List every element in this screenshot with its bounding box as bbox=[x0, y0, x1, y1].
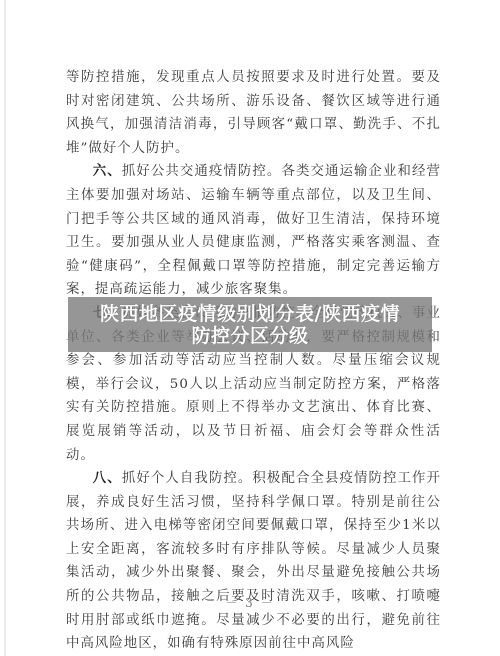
document-page: 等防控措施，发现重点人员按照要求及时进行处置。要及时对密闭建筑、公共场所、游乐设… bbox=[0, 0, 500, 656]
document-body: 等防控措施，发现重点人员按照要求及时进行处置。要及时对密闭建筑、公共场所、游乐设… bbox=[66, 66, 441, 656]
page-edge-divider bbox=[4, 0, 6, 656]
title-overlay-banner: 陕西地区疫情级别划分表/陕西疫情 防控分区分级 bbox=[68, 297, 432, 352]
paragraph-section-8: 八、抓好个人自我防控。积极配合全县疫情防控工作开展，养成良好生活习惯，坚持科学佩… bbox=[66, 467, 441, 656]
paragraph-section-6: 六、抓好公共交通疫情防控。各类交通运输企业和经营主体要加强对场站、运输车辆等重点… bbox=[66, 160, 441, 302]
paragraph-heading: 六、 bbox=[93, 163, 122, 179]
paragraph-text: 抓好公共交通疫情防控。各类交通运输企业和经营主体要加强对场站、运输车辆等重点部位… bbox=[66, 164, 441, 297]
paragraph-1: 等防控措施，发现重点人员按照要求及时进行处置。要及时对密闭建筑、公共场所、游乐设… bbox=[66, 66, 441, 160]
overlay-title-line-2: 防控分区分级 bbox=[191, 325, 308, 347]
paragraph-text: 抓好个人自我防控。积极配合全县疫情防控工作开展，养成良好生活习惯，坚持科学佩口罩… bbox=[66, 471, 441, 651]
paragraph-text: 等防控措施，发现重点人员按照要求及时进行处置。要及时对密闭建筑、公共场所、游乐设… bbox=[66, 70, 441, 156]
page-number: － 3 － bbox=[0, 594, 500, 611]
paragraph-heading: 八、 bbox=[93, 470, 122, 486]
overlay-title-line-1: 陕西地区疫情级别划分表/陕西疫情 bbox=[100, 303, 400, 325]
